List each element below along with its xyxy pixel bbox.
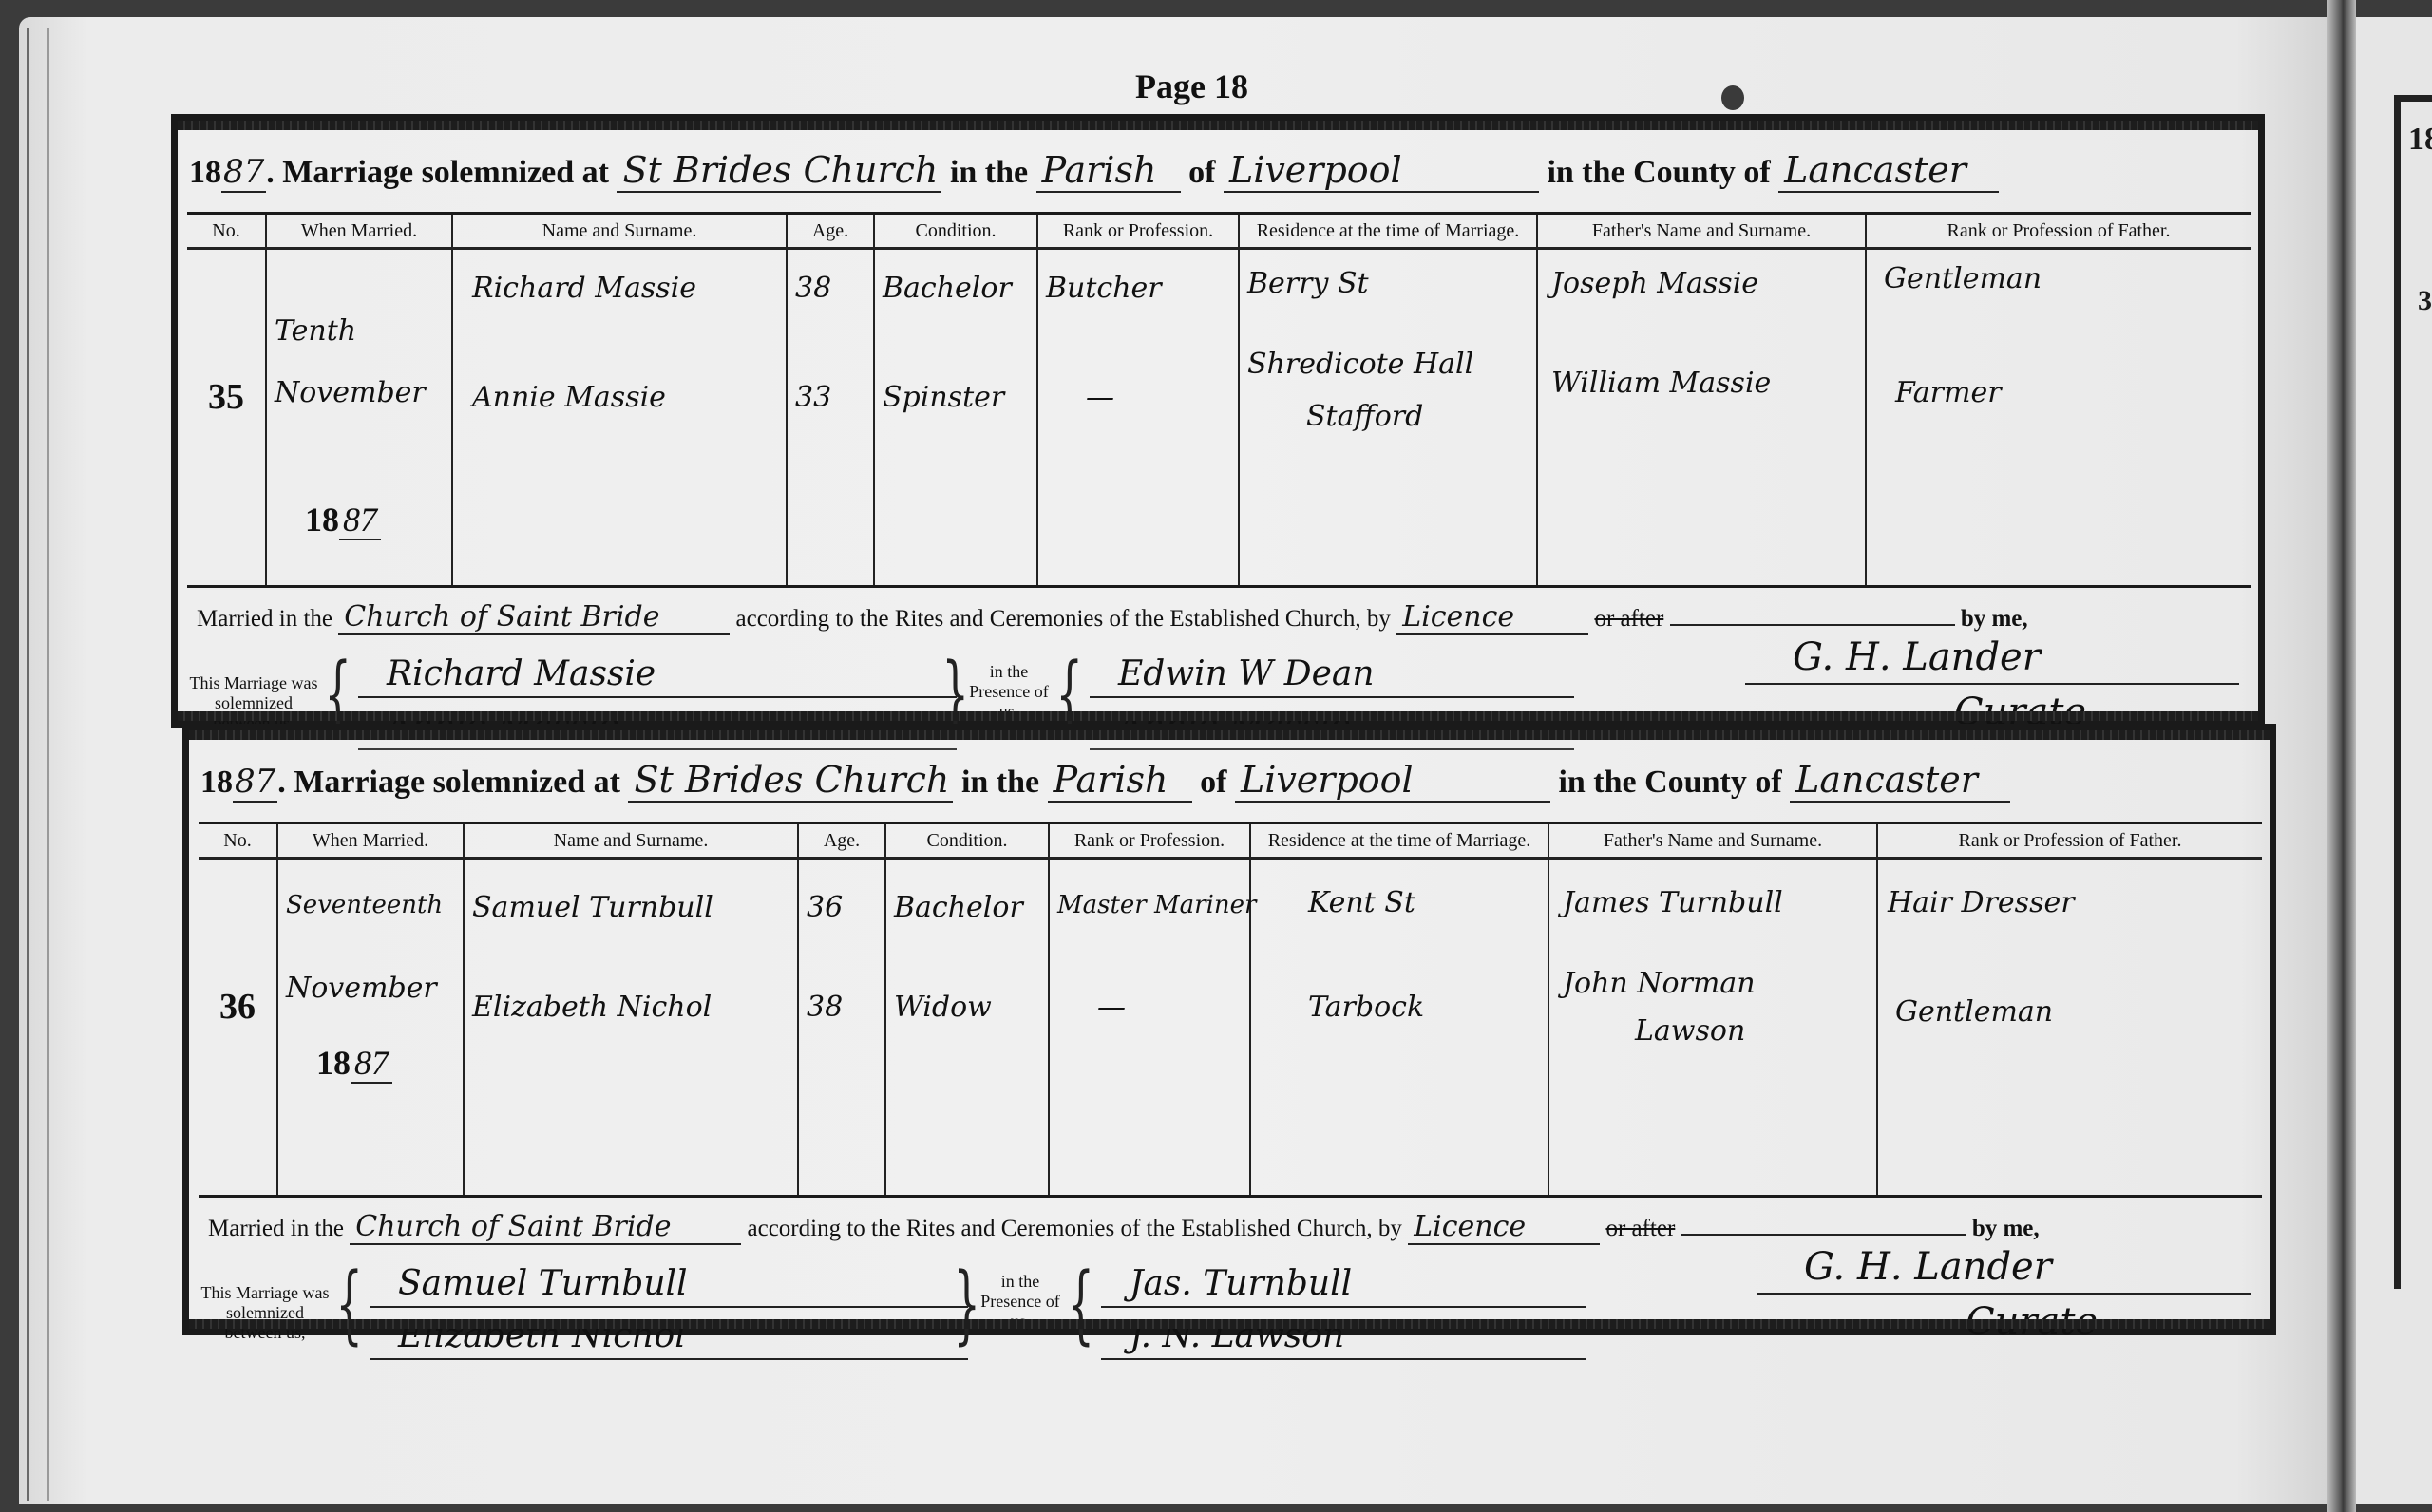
col-age: Age. 38 33 [788,215,875,585]
bride-father-profession: Farmer [1895,376,2247,409]
groom-residence: Berry St [1247,267,1532,300]
groom-name: Samuel Turnbull [472,891,793,924]
bride-name: Elizabeth Nichol [472,991,793,1024]
or-after-struck: or after [1594,606,1663,632]
rites-label: according to the Rites and Ceremonies of… [736,606,1391,632]
header-condition: Condition. [875,215,1036,250]
year-written: 87 [233,763,277,803]
groom-name: Richard Massie [472,272,782,305]
when-year-written: 87 [351,1044,392,1084]
header-profession: Rank or Profession. [1038,215,1238,250]
groom-residence: Kent St [1308,886,1544,919]
header-father-profession: Rank or Profession of Father. [1878,824,2262,860]
register-book: 18 3 Page 18 1887. Marriage solemnized a… [0,0,2432,1512]
header-residence: Residence at the time of Marriage. [1251,824,1548,860]
groom-father-name: Joseph Massie [1551,267,1861,300]
bride-profession: — [1086,381,1234,414]
header-age: Age. [799,824,884,860]
bride-age: 33 [795,381,869,414]
header-when-married: When Married. [267,215,451,250]
next-page-entry-number: 3 [2418,285,2432,317]
col-no: No. 35 [187,215,267,585]
when-day: Tenth [275,314,447,348]
brace-right: } [953,1262,980,1348]
of-label: of [1188,155,1215,190]
groom-age: 38 [795,272,869,305]
officiant-signature: G. H. Lander [1804,1245,2052,1289]
in-the-label: in the [950,155,1028,190]
district-type: Parish [1036,149,1181,193]
page-number: Page 18 [1135,66,1248,106]
marriage-entry-36: 1887. Marriage solemnized at St Brides C… [182,724,2276,1335]
district-type: Parish [1048,759,1192,803]
col-residence: Residence at the time of Marriage. Kent … [1251,824,1549,1195]
groom-profession: Master Mariner [1057,891,1245,919]
bride-father-name-line1: John Norman [1563,967,1872,1000]
groom-signature: Samuel Turnbull [370,1262,968,1308]
col-when-married: When Married. Tenth November 1887 [267,215,453,585]
ink-blot [1721,85,1744,110]
church-name: St Brides Church [617,149,941,193]
when-year-printed: 18 [316,1044,351,1082]
groom-condition: Bachelor [883,272,1033,305]
col-father-profession: Rank or Profession of Father. Gentleman … [1867,215,2251,585]
this-marriage-label: This Marriage was solemnized between us, [199,1283,332,1343]
entry-title: 1887. Marriage solemnized at St Brides C… [189,149,2249,206]
header-father-profession: Rank or Profession of Father. [1867,215,2251,250]
entry-number: 35 [187,376,265,418]
married-in-line: Married in the Church of Saint Bride acc… [208,1210,2260,1245]
header-name: Name and Surname. [453,215,786,250]
county-label: in the County of [1547,155,1770,190]
county-name: Lancaster [1778,149,1999,193]
top-rule [189,730,2270,740]
or-after-struck: or after [1605,1216,1675,1241]
by-licence: Licence [1396,600,1588,635]
col-father-name: Father's Name and Surname. James Turnbul… [1549,824,1878,1195]
col-age: Age. 36 38 [799,824,886,1195]
groom-age: 36 [807,891,881,924]
col-father-name: Father's Name and Surname. Joseph Massie… [1538,215,1867,585]
col-profession: Rank or Profession. Master Mariner — [1050,824,1251,1195]
bride-residence: Tarbock [1308,991,1544,1024]
in-the-label: in the [961,765,1039,800]
col-condition: Condition. Bachelor Widow [886,824,1050,1195]
bottom-rule [178,711,2258,721]
brace-witness: { [1067,1262,1094,1348]
bride-residence-line2: Stafford [1306,400,1532,433]
county-label: in the County of [1558,765,1781,800]
brace-left: { [335,1262,363,1348]
blank-line [1670,624,1955,626]
title-prefix: Marriage solemnized at [282,155,609,190]
district-name: Liverpool [1224,149,1539,193]
year-written: 87 [221,153,266,193]
when-month: November [275,376,447,409]
col-name: Name and Surname. Samuel Turnbull Elizab… [465,824,799,1195]
married-in-label: Married in the [197,606,332,632]
bride-profession: — [1097,991,1245,1024]
married-in-church: Church of Saint Bride [350,1210,741,1245]
entry-number: 36 [199,986,276,1028]
page-edge [27,28,49,1501]
col-profession: Rank or Profession. Butcher — [1038,215,1240,585]
header-residence: Residence at the time of Marriage. [1240,215,1536,250]
bride-name: Annie Massie [472,381,782,414]
by-me-label: by me, [1972,1216,2040,1241]
entry-table: No. 35 When Married. Tenth November 1887… [187,212,2251,588]
groom-father-profession: Hair Dresser [1888,886,2258,919]
groom-profession: Butcher [1046,272,1234,305]
when-month: November [286,972,459,1005]
col-residence: Residence at the time of Marriage. Berry… [1240,215,1538,585]
header-no: No. [187,215,265,250]
col-father-profession: Rank or Profession of Father. Hair Dress… [1878,824,2262,1195]
header-father-name: Father's Name and Surname. [1549,824,1876,860]
bride-condition: Widow [894,991,1044,1024]
officiant-line [1757,1293,2251,1295]
blank-line [1681,1234,1966,1236]
officiant-signature: G. H. Lander [1793,635,2041,679]
by-licence: Licence [1408,1210,1600,1245]
header-profession: Rank or Profession. [1050,824,1249,860]
title-prefix: Marriage solemnized at [294,765,620,800]
header-when-married: When Married. [278,824,463,860]
header-father-name: Father's Name and Surname. [1538,215,1865,250]
bride-residence-line1: Shredicote Hall [1247,348,1532,381]
header-no: No. [199,824,276,860]
groom-father-name: James Turnbull [1563,886,1872,919]
groom-father-profession: Gentleman [1884,262,2247,295]
next-page-year: 18 [2408,122,2432,158]
groom-signature: Richard Massie [358,652,957,698]
col-condition: Condition. Bachelor Spinster [875,215,1038,585]
col-no: No. 36 [199,824,278,1195]
bottom-rule [189,1319,2270,1329]
when-year: 1887 [316,1043,392,1083]
entry-title: 1887. Marriage solemnized at St Brides C… [200,759,2260,816]
bride-condition: Spinster [883,381,1033,414]
entry-table: No. 36 When Married. Seventeenth Novembe… [199,822,2262,1198]
col-when-married: When Married. Seventeenth November 1887 [278,824,465,1195]
district-name: Liverpool [1235,759,1550,803]
when-day: Seventeenth [286,891,459,919]
witness-1-signature: Jas. Turnbull [1101,1262,1586,1308]
year-printed: 18 [200,765,233,800]
header-age: Age. [788,215,873,250]
col-name: Name and Surname. Richard Massie Annie M… [453,215,788,585]
groom-condition: Bachelor [894,891,1044,924]
next-page-frame [2394,95,2432,1289]
church-name: St Brides Church [628,759,953,803]
bride-father-name: William Massie [1551,367,1861,400]
bride-father-name-line2: Lawson [1635,1014,1872,1048]
rites-label: according to the Rites and Ceremonies of… [748,1216,1402,1241]
year-printed: 18 [189,155,221,190]
of-label: of [1200,765,1226,800]
when-year-printed: 18 [305,501,339,539]
married-in-church: Church of Saint Bride [338,600,730,635]
by-me-label: by me, [1961,606,2028,632]
when-year: 1887 [305,500,381,539]
book-gutter [2327,0,2356,1512]
married-in-line: Married in the Church of Saint Bride acc… [197,600,2249,635]
officiant-line [1745,683,2239,685]
header-name: Name and Surname. [465,824,797,860]
county-name: Lancaster [1790,759,2010,803]
marriage-entry-35: 1887. Marriage solemnized at St Brides C… [171,114,2265,728]
bride-father-profession: Gentleman [1895,995,2258,1029]
witness-1-signature: Edwin W Dean [1090,652,1574,698]
married-in-label: Married in the [208,1216,344,1241]
top-rule [178,121,2258,130]
bride-age: 38 [807,991,881,1024]
when-year-written: 87 [339,501,381,540]
header-condition: Condition. [886,824,1048,860]
